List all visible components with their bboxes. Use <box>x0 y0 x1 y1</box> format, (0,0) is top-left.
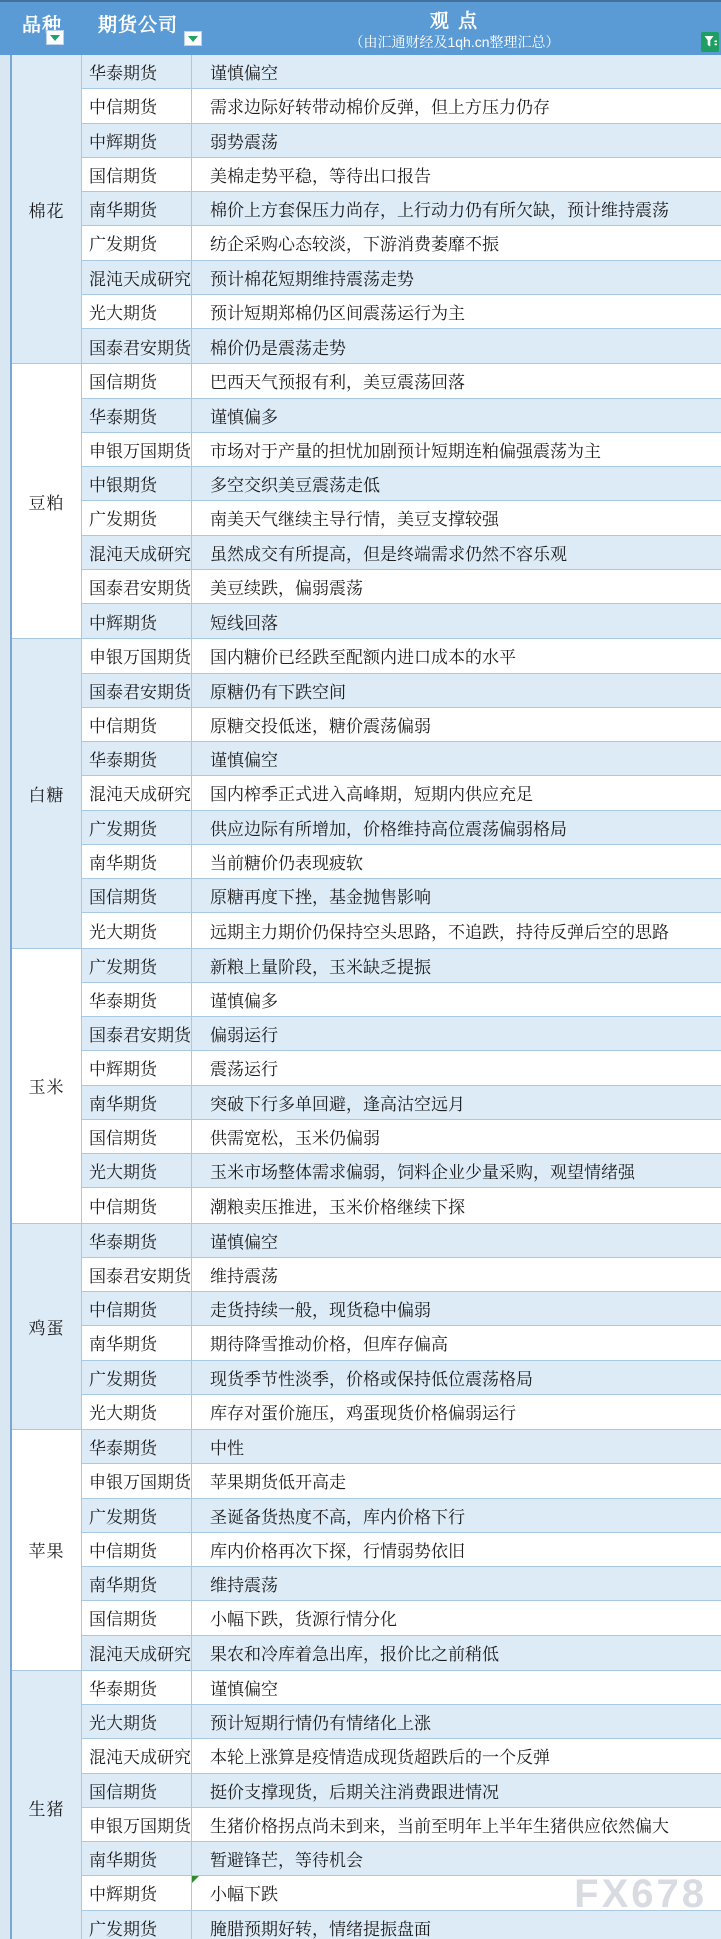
table-row: 南华期货棉价上方套保压力尚存，上行动力仍有所欠缺，预计维持震荡 <box>82 192 721 226</box>
table-row: 光大期货远期主力期价仍保持空头思路，不追跌，持待反弹后空的思路 <box>82 913 721 947</box>
view-cell: 苹果期货低开高走 <box>192 1464 721 1497</box>
view-cell: 突破下行多单回避，逢高沽空远月 <box>192 1086 721 1119</box>
company-cell: 混沌天成研究 <box>82 1636 192 1670</box>
group-rows: 申银万国期货国内糖价已经跌至配额内进口成本的水平国泰君安期货原糖仍有下跌空间中信… <box>82 639 721 947</box>
view-cell: 期待降雪推动价格，但库存偏高 <box>192 1326 721 1359</box>
company-cell: 混沌天成研究 <box>82 261 192 294</box>
company-cell: 华泰期货 <box>82 983 192 1016</box>
table-row: 华泰期货谨慎偏空 <box>82 55 721 89</box>
table-row: 华泰期货谨慎偏空 <box>82 1224 721 1258</box>
company-cell: 国泰君安期货 <box>82 570 192 603</box>
company-cell: 南华期货 <box>82 192 192 225</box>
table-row: 华泰期货谨慎偏空 <box>82 742 721 776</box>
view-cell: 震荡运行 <box>192 1051 721 1084</box>
company-cell: 国信期货 <box>82 364 192 397</box>
view-cell: 谨慎偏空 <box>192 1671 721 1704</box>
company-cell: 光大期货 <box>82 1705 192 1738</box>
table-row: 国信期货原糖再度下挫，基金抛售影响 <box>82 879 721 913</box>
view-cell: 远期主力期价仍保持空头思路，不追跌，持待反弹后空的思路 <box>192 913 721 947</box>
company-cell: 华泰期货 <box>82 1430 192 1463</box>
company-cell: 华泰期货 <box>82 55 192 88</box>
table-row: 国泰君安期货维持震荡 <box>82 1258 721 1292</box>
table-row: 中信期货原糖交投低迷，糖价震荡偏弱 <box>82 708 721 742</box>
variety-cell: 生猪 <box>12 1671 82 1939</box>
view-cell: 果农和冷库着急出库，报价比之前稍低 <box>192 1636 721 1670</box>
comment-marker-icon <box>192 1876 199 1883</box>
view-cell: 本轮上涨算是疫情造成现货超跌后的一个反弹 <box>192 1739 721 1772</box>
table-row: 申银万国期货生猪价格拐点尚未到来，当前至明年上半年生猪供应依然偏大 <box>82 1808 721 1842</box>
table-row: 申银万国期货市场对于产量的担忧加剧预计短期连粕偏强震荡为主 <box>82 433 721 467</box>
table-row: 中银期货多空交织美豆震荡走低 <box>82 467 721 501</box>
company-cell: 中信期货 <box>82 1188 192 1222</box>
table-row: 国信期货巴西天气预报有利，美豆震荡回落 <box>82 364 721 398</box>
table-row: 光大期货预计短期行情仍有情绪化上涨 <box>82 1705 721 1739</box>
company-cell: 南华期货 <box>82 1086 192 1119</box>
table-row: 华泰期货中性 <box>82 1430 721 1464</box>
company-cell: 中信期货 <box>82 1292 192 1325</box>
company-cell: 南华期货 <box>82 1842 192 1875</box>
view-cell: 维持震荡 <box>192 1258 721 1291</box>
view-cell: 市场对于产量的担忧加剧预计短期连粕偏强震荡为主 <box>192 433 721 466</box>
view-cell: 玉米市场整体需求偏弱，饲料企业少量采购，观望情绪强 <box>192 1154 721 1187</box>
company-cell: 南华期货 <box>82 845 192 878</box>
group-rows: 广发期货新粮上量阶段，玉米缺乏提振华泰期货谨慎偏多国泰君安期货偏弱运行中辉期货震… <box>82 949 721 1223</box>
company-cell: 广发期货 <box>82 811 192 844</box>
table-row: 中信期货库内价格再次下探，行情弱势依旧 <box>82 1533 721 1567</box>
table-row: 国泰君安期货棉价仍是震荡走势 <box>82 329 721 363</box>
group-rows: 华泰期货谨慎偏空中信期货需求边际好转带动棉价反弹，但上方压力仍存中辉期货弱势震荡… <box>82 55 721 363</box>
funnel-glyph <box>704 35 717 49</box>
table-row: 光大期货玉米市场整体需求偏弱，饲料企业少量采购，观望情绪强 <box>82 1154 721 1188</box>
view-column-header: 观 点 <box>188 6 721 33</box>
view-cell: 新粮上量阶段，玉米缺乏提振 <box>192 949 721 982</box>
company-cell: 光大期货 <box>82 1154 192 1187</box>
company-cell: 国泰君安期货 <box>82 329 192 363</box>
table-row: 广发期货南美天气继续主导行情，美豆支撑较强 <box>82 501 721 535</box>
table-row: 广发期货新粮上量阶段，玉米缺乏提振 <box>82 949 721 983</box>
company-cell: 中辉期货 <box>82 604 192 638</box>
view-cell: 现货季节性淡季，价格或保持低位震荡格局 <box>192 1361 721 1394</box>
company-cell: 国泰君安期货 <box>82 1017 192 1050</box>
view-cell: 国内糖价已经跌至配额内进口成本的水平 <box>192 639 721 672</box>
view-cell: 原糖再度下挫，基金抛售影响 <box>192 879 721 912</box>
company-cell: 申银万国期货 <box>82 433 192 466</box>
table-row: 中辉期货震荡运行 <box>82 1051 721 1085</box>
view-cell: 纺企采购心态较淡，下游消费萎靡不振 <box>192 226 721 259</box>
company-cell: 南华期货 <box>82 1567 192 1600</box>
table-row: 南华期货维持震荡 <box>82 1567 721 1601</box>
group-rows: 国信期货巴西天气预报有利，美豆震荡回落华泰期货谨慎偏多申银万国期货市场对于产量的… <box>82 364 721 638</box>
view-cell: 暂避锋芒，等待机会 <box>192 1842 721 1875</box>
company-cell: 中信期货 <box>82 89 192 122</box>
company-cell: 国泰君安期货 <box>82 1258 192 1291</box>
table-row: 华泰期货谨慎偏多 <box>82 983 721 1017</box>
view-cell: 原糖仍有下跌空间 <box>192 674 721 707</box>
company-cell: 国信期货 <box>82 158 192 191</box>
commodity-group: 苹果华泰期货中性申银万国期货苹果期货低开高走广发期货圣诞备货热度不高，库内价格下… <box>12 1430 721 1671</box>
view-cell: 中性 <box>192 1430 721 1463</box>
view-cell: 圣诞备货热度不高，库内价格下行 <box>192 1499 721 1532</box>
table-row: 中辉期货弱势震荡 <box>82 124 721 158</box>
table-row: 申银万国期货国内糖价已经跌至配额内进口成本的水平 <box>82 639 721 673</box>
variety-cell: 豆粕 <box>12 364 82 638</box>
view-cell: 谨慎偏多 <box>192 399 721 432</box>
view-cell: 供需宽松，玉米仍偏弱 <box>192 1120 721 1153</box>
view-cell: 库内价格再次下探，行情弱势依旧 <box>192 1533 721 1566</box>
company-cell: 国泰君安期货 <box>82 674 192 707</box>
view-cell: 棉价上方套保压力尚存，上行动力仍有所欠缺，预计维持震荡 <box>192 192 721 225</box>
table-row: 混沌天成研究预计棉花短期维持震荡走势 <box>82 261 721 295</box>
view-cell: 国内榨季正式进入高峰期，短期内供应充足 <box>192 776 721 809</box>
company-cell: 光大期货 <box>82 295 192 328</box>
table-row: 国泰君安期货美豆续跌，偏弱震荡 <box>82 570 721 604</box>
table-row: 南华期货突破下行多单回避，逢高沽空远月 <box>82 1086 721 1120</box>
view-cell: 当前糖价仍表现疲软 <box>192 845 721 878</box>
view-cell: 预计棉花短期维持震荡走势 <box>192 261 721 294</box>
company-cell: 国信期货 <box>82 1774 192 1807</box>
table-row: 混沌天成研究虽然成交有所提高，但是终端需求仍然不容乐观 <box>82 536 721 570</box>
company-cell: 广发期货 <box>82 1361 192 1394</box>
table-row: 广发期货纺企采购心态较淡，下游消费萎靡不振 <box>82 226 721 260</box>
group-rows: 华泰期货中性申银万国期货苹果期货低开高走广发期货圣诞备货热度不高，库内价格下行中… <box>82 1430 721 1670</box>
variety-cell: 玉米 <box>12 949 82 1223</box>
company-column-header: 期货公司 <box>98 10 178 37</box>
view-cell: 挺价支撑现货，后期关注消费跟进情况 <box>192 1774 721 1807</box>
view-cell: 预计短期郑棉仍区间震荡运行为主 <box>192 295 721 328</box>
view-cell: 潮粮卖压推进，玉米价格继续下探 <box>192 1188 721 1222</box>
variety-cell: 苹果 <box>12 1430 82 1670</box>
table-row: 国信期货挺价支撑现货，后期关注消费跟进情况 <box>82 1774 721 1808</box>
commodity-group: 玉米广发期货新粮上量阶段，玉米缺乏提振华泰期货谨慎偏多国泰君安期货偏弱运行中辉期… <box>12 949 721 1224</box>
table-row: 中辉期货短线回落 <box>82 604 721 638</box>
company-cell: 广发期货 <box>82 1911 192 1939</box>
table-row: 中信期货潮粮卖压推进，玉米价格继续下探 <box>82 1188 721 1222</box>
company-cell: 混沌天成研究 <box>82 1739 192 1772</box>
view-cell: 短线回落 <box>192 604 721 638</box>
commodity-group: 豆粕国信期货巴西天气预报有利，美豆震荡回落华泰期货谨慎偏多申银万国期货市场对于产… <box>12 364 721 639</box>
company-cell: 光大期货 <box>82 913 192 947</box>
table-row: 国信期货供需宽松，玉米仍偏弱 <box>82 1120 721 1154</box>
view-cell: 谨慎偏空 <box>192 55 721 88</box>
view-cell: 虽然成交有所提高，但是终端需求仍然不容乐观 <box>192 536 721 569</box>
table-row: 广发期货现货季节性淡季，价格或保持低位震荡格局 <box>82 1361 721 1395</box>
view-cell: 多空交织美豆震荡走低 <box>192 467 721 500</box>
watermark: FX678 <box>574 1872 707 1917</box>
table-row: 国信期货美棉走势平稳，等待出口报告 <box>82 158 721 192</box>
table-row: 国信期货小幅下跌，货源行情分化 <box>82 1601 721 1635</box>
company-cell: 申银万国期货 <box>82 1464 192 1497</box>
table-row: 中信期货走货持续一般，现货稳中偏弱 <box>82 1292 721 1326</box>
table-row: 国泰君安期货原糖仍有下跌空间 <box>82 674 721 708</box>
company-cell: 国信期货 <box>82 1120 192 1153</box>
commodity-group: 白糖申银万国期货国内糖价已经跌至配额内进口成本的水平国泰君安期货原糖仍有下跌空间… <box>12 639 721 948</box>
view-cell: 巴西天气预报有利，美豆震荡回落 <box>192 364 721 397</box>
variety-cell: 白糖 <box>12 639 82 947</box>
company-cell: 国信期货 <box>82 879 192 912</box>
view-cell: 预计短期行情仍有情绪化上涨 <box>192 1705 721 1738</box>
company-cell: 申银万国期货 <box>82 639 192 672</box>
company-cell: 混沌天成研究 <box>82 776 192 809</box>
company-cell: 申银万国期货 <box>82 1808 192 1841</box>
view-cell: 库存对蛋价施压，鸡蛋现货价格偏弱运行 <box>192 1395 721 1429</box>
variety-cell: 棉花 <box>12 55 82 363</box>
company-cell: 中辉期货 <box>82 1051 192 1084</box>
company-cell: 华泰期货 <box>82 1224 192 1257</box>
company-cell: 广发期货 <box>82 501 192 534</box>
company-cell: 国信期货 <box>82 1601 192 1634</box>
company-cell: 华泰期货 <box>82 1671 192 1704</box>
table-row: 中信期货需求边际好转带动棉价反弹，但上方压力仍存 <box>82 89 721 123</box>
variety-filter-dropdown[interactable] <box>46 30 64 45</box>
view-cell: 原糖交投低迷，糖价震荡偏弱 <box>192 708 721 741</box>
view-cell: 南美天气继续主导行情，美豆支撑较强 <box>192 501 721 534</box>
company-cell: 中辉期货 <box>82 1876 192 1909</box>
view-cell: 谨慎偏空 <box>192 742 721 775</box>
company-cell: 华泰期货 <box>82 399 192 432</box>
commodity-group: 棉花华泰期货谨慎偏空中信期货需求边际好转带动棉价反弹，但上方压力仍存中辉期货弱势… <box>12 55 721 364</box>
table-row: 申银万国期货苹果期货低开高走 <box>82 1464 721 1498</box>
view-cell: 维持震荡 <box>192 1567 721 1600</box>
view-cell: 谨慎偏多 <box>192 983 721 1016</box>
filter-icon[interactable] <box>701 32 719 52</box>
company-cell: 广发期货 <box>82 226 192 259</box>
company-cell: 中辉期货 <box>82 124 192 157</box>
table-row: 国泰君安期货偏弱运行 <box>82 1017 721 1051</box>
table-row: 华泰期货谨慎偏多 <box>82 399 721 433</box>
company-cell: 华泰期货 <box>82 742 192 775</box>
view-cell: 美棉走势平稳，等待出口报告 <box>192 158 721 191</box>
company-cell: 南华期货 <box>82 1326 192 1359</box>
table-body: 棉花华泰期货谨慎偏空中信期货需求边际好转带动棉价反弹，但上方压力仍存中辉期货弱势… <box>10 55 721 1939</box>
view-cell: 谨慎偏空 <box>192 1224 721 1257</box>
table-row: 广发期货供应边际有所增加，价格维持高位震荡偏弱格局 <box>82 811 721 845</box>
dropdown-arrow-icon <box>50 35 60 41</box>
table-row: 混沌天成研究国内榨季正式进入高峰期，短期内供应充足 <box>82 776 721 810</box>
view-cell: 需求边际好转带动棉价反弹，但上方压力仍存 <box>192 89 721 122</box>
company-cell: 中信期货 <box>82 1533 192 1566</box>
company-cell: 广发期货 <box>82 949 192 982</box>
company-cell: 中银期货 <box>82 467 192 500</box>
view-cell: 走货持续一般，现货稳中偏弱 <box>192 1292 721 1325</box>
table-row: 南华期货期待降雪推动价格，但库存偏高 <box>82 1326 721 1360</box>
view-cell: 生猪价格拐点尚未到来，当前至明年上半年生猪供应依然偏大 <box>192 1808 721 1841</box>
variety-cell: 鸡蛋 <box>12 1224 82 1430</box>
view-cell: 小幅下跌，货源行情分化 <box>192 1601 721 1634</box>
company-cell: 混沌天成研究 <box>82 536 192 569</box>
table-row: 华泰期货谨慎偏空 <box>82 1671 721 1705</box>
view-cell: 供应边际有所增加，价格维持高位震荡偏弱格局 <box>192 811 721 844</box>
table-row: 南华期货当前糖价仍表现疲软 <box>82 845 721 879</box>
view-column-subtitle: （由汇通财经及1qh.cn整理汇总） <box>188 32 721 52</box>
view-cell: 偏弱运行 <box>192 1017 721 1050</box>
company-cell: 光大期货 <box>82 1395 192 1429</box>
commodity-group: 鸡蛋华泰期货谨慎偏空国泰君安期货维持震荡中信期货走货持续一般，现货稳中偏弱南华期… <box>12 1224 721 1431</box>
view-cell: 弱势震荡 <box>192 124 721 157</box>
view-cell: 棉价仍是震荡走势 <box>192 329 721 363</box>
group-rows: 华泰期货谨慎偏空国泰君安期货维持震荡中信期货走货持续一般，现货稳中偏弱南华期货期… <box>82 1224 721 1430</box>
company-cell: 中信期货 <box>82 708 192 741</box>
view-cell: 美豆续跌，偏弱震荡 <box>192 570 721 603</box>
table-header: 品种 期货公司 观 点 （由汇通财经及1qh.cn整理汇总） <box>0 0 721 55</box>
table-row: 混沌天成研究果农和冷库着急出库，报价比之前稍低 <box>82 1636 721 1670</box>
company-cell: 广发期货 <box>82 1499 192 1532</box>
table-row: 混沌天成研究本轮上涨算是疫情造成现货超跌后的一个反弹 <box>82 1739 721 1773</box>
table-row: 光大期货库存对蛋价施压，鸡蛋现货价格偏弱运行 <box>82 1395 721 1429</box>
table-row: 广发期货圣诞备货热度不高，库内价格下行 <box>82 1499 721 1533</box>
table-row: 光大期货预计短期郑棉仍区间震荡运行为主 <box>82 295 721 329</box>
